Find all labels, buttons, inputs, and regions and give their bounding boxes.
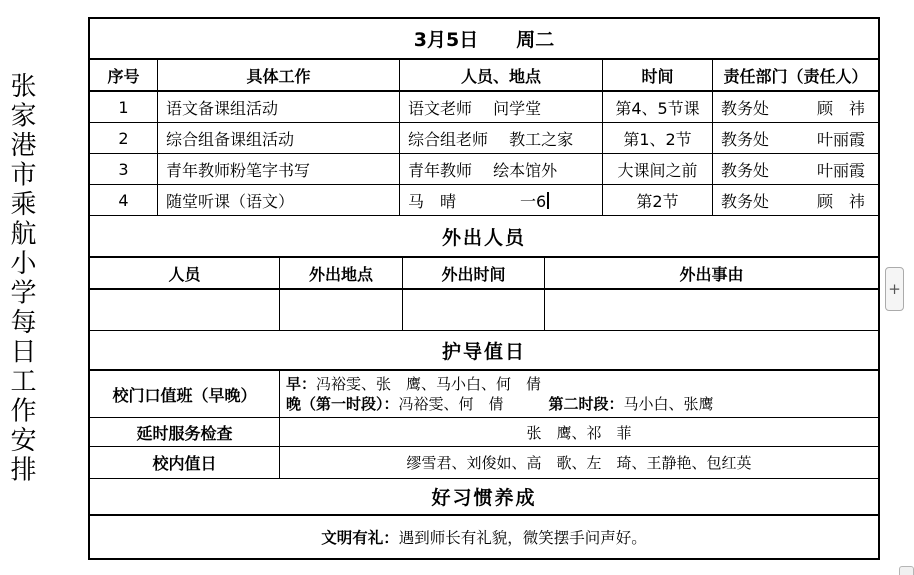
table-row: 1 语文备课组活动 语文老师 问学堂 第4、5节课 教务处 顾 祎 [90, 92, 878, 123]
outgoing-header-people: 人员 [90, 258, 280, 288]
cell-dept[interactable]: 教务处 顾 祎 [713, 92, 878, 122]
page-title: 张家港市乘航小学每日工作安排 [6, 72, 36, 485]
cell-time[interactable]: 第1、2节 [603, 123, 713, 153]
cell-dept[interactable]: 教务处 顾 祎 [713, 185, 878, 215]
cell-people[interactable]: 语文老师 问学堂 [400, 92, 603, 122]
add-row-button[interactable]: + [885, 267, 904, 311]
document-page: 张家港市乘航小学每日工作安排 3月5日 周二 序号 具体工作 人员、地点 时间 … [0, 0, 914, 575]
guard-gate-label: 校门口值班（早晚） [90, 371, 280, 417]
cell-time[interactable]: 第4、5节课 [603, 92, 713, 122]
cell-no[interactable]: 4 [90, 185, 158, 215]
habit-section-row: 好习惯养成 [90, 479, 878, 516]
outgoing-section-title: 外出人员 [90, 216, 878, 256]
cell-no[interactable]: 3 [90, 154, 158, 184]
outgoing-header-time: 外出时间 [403, 258, 545, 288]
cell-people-text: 马 晴 一6 [408, 189, 546, 212]
cell-time[interactable]: 大课间之前 [603, 154, 713, 184]
outgoing-empty-cell[interactable] [90, 290, 280, 330]
guard-section-title: 护导值日 [90, 331, 878, 369]
cell-dept[interactable]: 教务处 叶丽霞 [713, 154, 878, 184]
table-row: 4 随堂听课（语文） 马 晴 一6 第2节 教务处 顾 祎 [90, 185, 878, 216]
text-cursor [547, 192, 549, 209]
second-period-names: 马小白、张鹰 [624, 395, 714, 413]
evening-names: 冯裕雯、何 倩 [399, 395, 549, 413]
guard-campus-row: 校内值日 缪雪君、刘俊如、高 歌、左 琦、王静艳、包红英 [90, 447, 878, 479]
table-row: 3 青年教师粉笔字书写 青年教师 绘本馆外 大课间之前 教务处 叶丽霞 [90, 154, 878, 185]
evening-prefix: 晚（第一时段）： [286, 395, 399, 413]
header-time: 时间 [603, 60, 713, 90]
second-period-prefix: 第二时段： [549, 395, 624, 413]
cell-task[interactable]: 青年教师粉笔字书写 [158, 154, 400, 184]
outgoing-header-place: 外出地点 [280, 258, 403, 288]
guard-delay-row: 延时服务检查 张 鹰、祁 菲 [90, 418, 878, 447]
guard-delay-content[interactable]: 张 鹰、祁 菲 [280, 418, 878, 446]
outgoing-header-reason: 外出事由 [545, 258, 878, 288]
outgoing-empty-cell[interactable] [280, 290, 403, 330]
habit-label: 文明有礼： [321, 526, 399, 548]
cell-people[interactable]: 青年教师 绘本馆外 [400, 154, 603, 184]
cell-people[interactable]: 综合组老师 教工之家 [400, 123, 603, 153]
header-task: 具体工作 [158, 60, 400, 90]
outgoing-empty-cell[interactable] [545, 290, 878, 330]
cell-no[interactable]: 2 [90, 123, 158, 153]
header-people: 人员、地点 [400, 60, 603, 90]
cell-task[interactable]: 综合组备课组活动 [158, 123, 400, 153]
header-no: 序号 [90, 60, 158, 90]
daily-schedule-table: 3月5日 周二 序号 具体工作 人员、地点 时间 责任部门（责任人） 1 语文备… [88, 17, 880, 560]
bottom-right-handle[interactable] [899, 566, 914, 575]
cell-time[interactable]: 第2节 [603, 185, 713, 215]
morning-names: 冯裕雯、张 鹰、马小白、何 倩 [316, 375, 541, 393]
date-header-row: 3月5日 周二 [90, 19, 878, 60]
cell-task[interactable]: 随堂听课（语文） [158, 185, 400, 215]
outgoing-header-row: 人员 外出地点 外出时间 外出事由 [90, 258, 878, 290]
date-header[interactable]: 3月5日 周二 [90, 19, 878, 58]
habit-section-title: 好习惯养成 [90, 479, 878, 514]
cell-no[interactable]: 1 [90, 92, 158, 122]
guard-campus-content[interactable]: 缪雪君、刘俊如、高 歌、左 琦、王静艳、包红英 [280, 447, 878, 478]
guard-gate-content[interactable]: 早：冯裕雯、张 鹰、马小白、何 倩 晚（第一时段）：冯裕雯、何 倩 第二时段：马… [280, 371, 878, 417]
header-dept: 责任部门（责任人） [713, 60, 878, 90]
cell-task[interactable]: 语文备课组活动 [158, 92, 400, 122]
outgoing-section-row: 外出人员 [90, 216, 878, 258]
habit-text: 遇到师长有礼貌，微笑摆手问声好。 [399, 526, 647, 548]
work-table-header-row: 序号 具体工作 人员、地点 时间 责任部门（责任人） [90, 60, 878, 92]
cell-people[interactable]: 马 晴 一6 [400, 185, 603, 215]
habit-content[interactable]: 文明有礼：遇到师长有礼貌，微笑摆手问声好。 [90, 516, 878, 558]
outgoing-empty-cell[interactable] [403, 290, 545, 330]
guard-section-row: 护导值日 [90, 331, 878, 371]
cell-dept[interactable]: 教务处 叶丽霞 [713, 123, 878, 153]
guard-delay-label: 延时服务检查 [90, 418, 280, 446]
morning-prefix: 早： [286, 375, 316, 393]
outgoing-empty-row [90, 290, 878, 331]
guard-gate-row: 校门口值班（早晚） 早：冯裕雯、张 鹰、马小白、何 倩 晚（第一时段）：冯裕雯、… [90, 371, 878, 418]
table-row: 2 综合组备课组活动 综合组老师 教工之家 第1、2节 教务处 叶丽霞 [90, 123, 878, 154]
guard-campus-label: 校内值日 [90, 447, 280, 478]
habit-content-row: 文明有礼：遇到师长有礼貌，微笑摆手问声好。 [90, 516, 878, 558]
